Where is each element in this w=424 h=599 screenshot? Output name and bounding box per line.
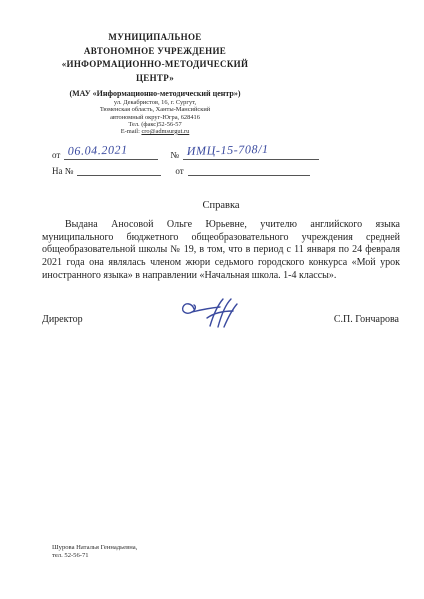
email-address: cro@admsurgut.ru (141, 128, 189, 135)
blank-number-line (77, 162, 161, 176)
reference-block: от06.04.2021№ИМЦ-15-708/1 На №от (52, 146, 352, 177)
org-short-name: (МАУ «Информационно-методический центр») (14, 89, 296, 99)
org-address-line: автономный округ-Югра, 628416 (14, 114, 296, 121)
number-label: № (170, 150, 183, 160)
org-address-line: ул. Декабристов, 16, г. Сургут, (14, 99, 296, 106)
document-body-text: Выдана Аносовой Ольге Юрьевне, учителю а… (42, 219, 400, 283)
from-label: от (52, 150, 64, 160)
handwritten-number: ИМЦ-15-708/1 (187, 142, 269, 159)
org-name-line: МУНИЦИПАЛЬНОЕ (14, 31, 296, 45)
letterhead: МУНИЦИПАЛЬНОЕ АВТОНОМНОЕ УЧРЕЖДЕНИЕ «ИНФ… (14, 31, 296, 135)
handwritten-date: 06.04.2021 (68, 142, 128, 159)
executor-phone: тел. 52-56-71 (52, 552, 137, 560)
scanned-certificate-page: МУНИЦИПАЛЬНОЕ АВТОНОМНОЕ УЧРЕЖДЕНИЕ «ИНФ… (0, 0, 424, 599)
date-field-line: 06.04.2021 (64, 146, 158, 160)
org-name-line: «ИНФОРМАЦИОННО-МЕТОДИЧЕСКИЙ (14, 58, 296, 72)
on-from-label: от (175, 166, 187, 176)
executor-contact: Шурова Наталья Геннадьевна, тел. 52-56-7… (52, 544, 137, 560)
blank-date-line (188, 162, 310, 176)
org-address-line: Тюменская область, Ханты-Мансийский (14, 106, 296, 113)
org-email-line: E-mail: cro@admsurgut.ru (14, 128, 296, 135)
signer-name: С.П. Гончарова (334, 314, 399, 325)
on-number-label: На № (52, 166, 77, 176)
document-title: Справка (42, 200, 400, 211)
executor-name: Шурова Наталья Геннадьевна, (52, 544, 137, 552)
reference-row-outgoing: от06.04.2021№ИМЦ-15-708/1 (52, 146, 352, 161)
handwritten-signature (180, 296, 242, 336)
org-name-line: АВТОНОМНОЕ УЧРЕЖДЕНИЕ (14, 45, 296, 59)
number-field-line: ИМЦ-15-708/1 (183, 146, 319, 160)
org-phone-line: Тел. (факс)52-56-57 (14, 121, 296, 128)
org-name-line: ЦЕНТР» (14, 72, 296, 86)
signer-position: Директор (42, 314, 83, 325)
reference-row-incoming: На №от (52, 162, 352, 177)
email-label: E-mail: (121, 128, 142, 135)
